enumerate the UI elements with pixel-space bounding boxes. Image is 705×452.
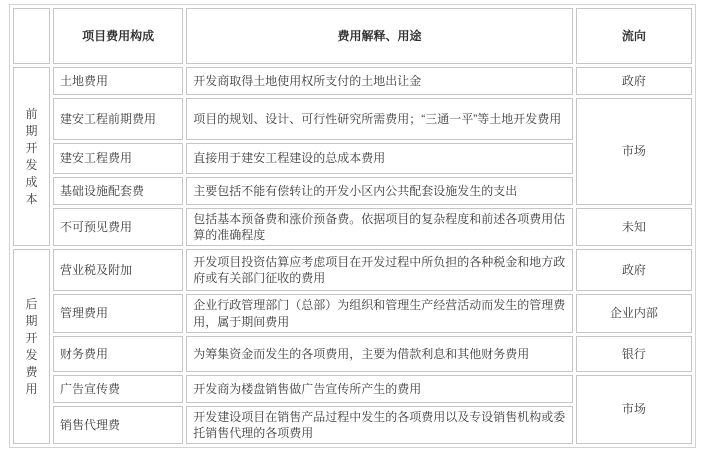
item-cell: 基础设施配套费 (53, 177, 183, 205)
item-cell: 管理费用 (53, 294, 183, 332)
group-label-cell-late: 后期开发费用 (13, 249, 50, 444)
header-col-desc: 费用解释、用途 (186, 8, 573, 64)
table-row: 建安工程前期费用 项目的规划、设计、可行性研究所需费用；“三通一平”等土地开发费… (13, 98, 692, 140)
page: 项目费用构成 费用解释、用途 流向 前期开发成本 土地费用 开发商取得土地使用权… (0, 0, 705, 452)
item-cell: 建安工程费用 (53, 143, 183, 174)
header-row: 项目费用构成 费用解释、用途 流向 (13, 8, 692, 64)
cost-composition-table: 项目费用构成 费用解释、用途 流向 前期开发成本 土地费用 开发商取得土地使用权… (9, 4, 696, 448)
desc-cell: 企业行政管理部门（总部）为组织和管理生产经营活动而发生的管理费用，属于期间费用 (186, 294, 573, 332)
table-row: 财务费用 为筹集资金而发生的各项费用，主要为借款利息和其他财务费用 银行 (13, 336, 692, 372)
table-row: 不可预见费用 包括基本预备费和涨价预备费。依据项目的复杂程度和前述各项费用估算的… (13, 208, 692, 246)
item-cell: 销售代理费 (53, 406, 183, 444)
desc-cell: 开发项目投资估算应考虑项目在开发过程中所负担的各种税金和地方政府或有关部门征收的… (186, 249, 573, 291)
flow-cell: 企业内部 (576, 294, 692, 332)
desc-cell: 项目的规划、设计、可行性研究所需费用；“三通一平”等土地开发费用 (186, 98, 573, 140)
group-label-early: 前期开发成本 (25, 106, 39, 208)
header-corner-cell (13, 8, 50, 64)
table-row: 管理费用 企业行政管理部门（总部）为组织和管理生产经营活动而发生的管理费用，属于… (13, 294, 692, 332)
desc-cell: 开发商为楼盘销售做广告宣传所产生的费用 (186, 375, 573, 403)
item-cell: 建安工程前期费用 (53, 98, 183, 140)
table-row: 广告宣传费 开发商为楼盘销售做广告宣传所产生的费用 市场 (13, 375, 692, 403)
table-row: 后期开发费用 营业税及附加 开发项目投资估算应考虑项目在开发过程中所负担的各种税… (13, 249, 692, 291)
table-row: 前期开发成本 土地费用 开发商取得土地使用权所支付的土地出让金 政府 (13, 67, 692, 95)
item-cell: 土地费用 (53, 67, 183, 95)
desc-cell: 包括基本预备费和涨价预备费。依据项目的复杂程度和前述各项费用估算的准确程度 (186, 208, 573, 246)
desc-cell: 开发商取得土地使用权所支付的土地出让金 (186, 67, 573, 95)
desc-cell: 主要包括不能有偿转让的开发小区内公共配套设施发生的支出 (186, 177, 573, 205)
desc-cell: 直接用于建安工程建设的总成本费用 (186, 143, 573, 174)
header-col-flow: 流向 (576, 8, 692, 64)
item-cell: 财务费用 (53, 336, 183, 372)
group-label-cell-early: 前期开发成本 (13, 67, 50, 246)
flow-cell: 市场 (576, 98, 692, 205)
flow-cell: 政府 (576, 67, 692, 95)
flow-cell: 未知 (576, 208, 692, 246)
group-label-late: 后期开发费用 (25, 296, 39, 398)
flow-cell: 银行 (576, 336, 692, 372)
header-col-item: 项目费用构成 (53, 8, 183, 64)
flow-cell: 市场 (576, 375, 692, 444)
item-cell: 营业税及附加 (53, 249, 183, 291)
desc-cell: 为筹集资金而发生的各项费用，主要为借款利息和其他财务费用 (186, 336, 573, 372)
desc-cell: 开发建设项目在销售产品过程中发生的各项费用以及专设销售机构或委托销售代理的各项费… (186, 406, 573, 444)
item-cell: 不可预见费用 (53, 208, 183, 246)
item-cell: 广告宣传费 (53, 375, 183, 403)
flow-cell: 政府 (576, 249, 692, 291)
